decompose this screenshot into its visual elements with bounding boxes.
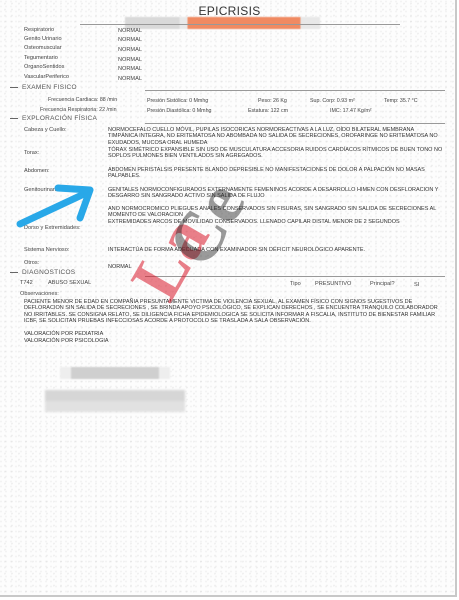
bmi: IMC: 17.47 Kg/m²	[330, 108, 372, 114]
exploration-label: Cabeza y Cuello:	[24, 127, 67, 133]
divider	[145, 276, 445, 277]
body-surface: Sup. Corp: 0.93 m²	[310, 98, 355, 104]
resp-rate: Frecuencia Respiratoria: 22 /min	[40, 107, 117, 113]
system-label: VascularPeriferico	[24, 74, 69, 80]
system-label: OrganoSentidos	[24, 64, 64, 70]
observations-line: VALORACIÓN POR PEDIATRIA	[24, 331, 444, 337]
redacted-signature	[45, 390, 185, 412]
system-value: NORMAL	[118, 57, 142, 63]
redacted-signature	[60, 367, 170, 379]
exploration-text: NORMAL	[108, 264, 443, 270]
observations-line: VALORACIÓN POR PSICOLOGIA	[24, 338, 444, 344]
exploration-label: Otros:	[24, 260, 39, 266]
divider	[145, 123, 445, 124]
observations-text: PACIENTE MENOR DE EDAD EN COMPAÑIA PRESU…	[24, 299, 444, 325]
diagnosis-type-value: PRESUNTIVO	[315, 281, 351, 287]
section-diagnostics: DIAGNOSTICOS	[10, 269, 75, 276]
section-exploration: EXPLORACIÓN FÍSICA	[10, 115, 97, 122]
arrow-annotation-icon	[14, 178, 106, 230]
section-physical-exam: EXAMEN FISICO	[10, 84, 77, 91]
section-heading: EXPLORACIÓN FÍSICA	[22, 115, 97, 122]
observations-label: Observaciones:	[20, 291, 59, 297]
exploration-label: Torax:	[24, 150, 39, 156]
document-title: EPICRISIS	[0, 4, 459, 18]
exploration-text: TÓRAX SIMÉTRICO EXPANSIBLE SIN USO DE MU…	[108, 147, 443, 160]
exploration-label: Abdomen:	[24, 168, 50, 174]
diagnosis-type-label: Tipo	[290, 281, 301, 287]
system-value: NORMAL	[118, 28, 142, 34]
systolic-pressure: Presión Sistólica: 0 Mmhg	[147, 98, 208, 104]
redacted-header	[125, 17, 320, 29]
weight: Peso: 26 Kg	[258, 98, 287, 104]
exploration-text: EXTREMIDADES ARCOS DE MOVILIDAD CONSERVA…	[108, 219, 443, 225]
system-value: NORMAL	[118, 47, 142, 53]
divider	[145, 90, 445, 91]
diastolic-pressure: Presión Diastólica: 0 Mmhg	[147, 108, 211, 114]
divider	[80, 24, 400, 25]
system-label: Genito Urinario	[24, 36, 62, 42]
section-heading: DIAGNOSTICOS	[22, 269, 75, 276]
system-label: Tegumentario	[24, 55, 58, 61]
exploration-text: GENITALES NORMOCONFIGURADOS EXTERNAMENTE…	[108, 187, 443, 200]
diagnosis-code: T742	[20, 280, 33, 286]
system-label: Osteomuscular	[24, 45, 62, 51]
principal-label: Principal?	[370, 281, 395, 287]
exploration-text: NORMOCEFALO CUELLO MÓVIL, PUPILAS ISOCOR…	[108, 127, 443, 146]
height: Estatura: 122 cm	[248, 108, 288, 114]
exploration-text: INTERACTÚA DE FORMA ADECUADA CON EXAMINA…	[108, 247, 443, 253]
system-value: NORMAL	[118, 66, 142, 72]
diagnosis-name: ABUSO SEXUAL	[48, 280, 91, 286]
heart-rate: Frecuencia Cardiaca: 88 /min	[48, 97, 117, 103]
temperature: Temp: 35.7 °C	[384, 98, 418, 104]
system-value: NORMAL	[118, 37, 142, 43]
system-label: Respiratorio	[24, 27, 54, 33]
exploration-text: ANO NORMOCROMICO PLIEGUES ANALES CONSERV…	[108, 206, 443, 219]
principal-value: SI	[414, 282, 419, 288]
system-value: NORMAL	[118, 76, 142, 82]
exploration-label: Sistema Nervioso:	[24, 247, 69, 253]
section-heading: EXAMEN FISICO	[22, 84, 77, 91]
exploration-text: ABDOMEN PERISTALSIS PRESENTE BLANDO DEPR…	[108, 167, 443, 180]
document-page: EPICRISIS Respiratorio NORMAL Genito Uri…	[0, 0, 457, 597]
